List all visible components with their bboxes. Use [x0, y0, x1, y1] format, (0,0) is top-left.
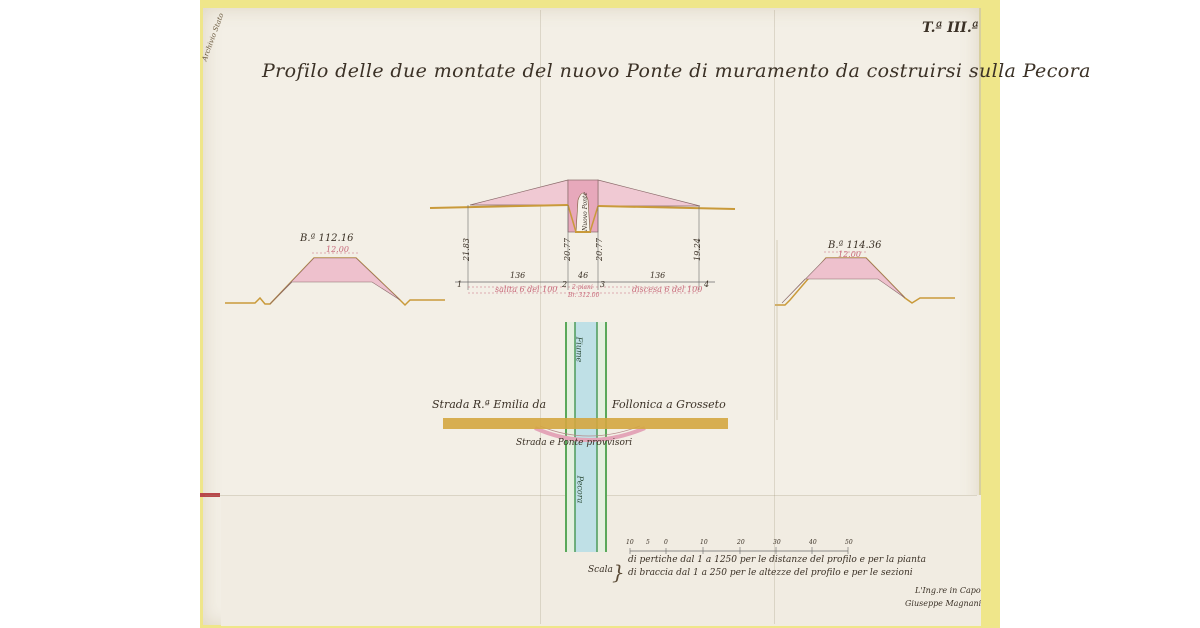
scale-line-1: di pertiche dal 1 a 1250 per le distanze… [628, 555, 926, 565]
road-label-right: Follonica a Grosseto [612, 398, 726, 411]
curve-label: Strada e Ponte provvisori [516, 438, 632, 448]
station-label: 2 [562, 280, 567, 289]
road-emilia [443, 418, 728, 429]
cross-section-left [225, 253, 445, 305]
station-label: 4 [704, 280, 709, 289]
road-label-left: Strada R.ª Emilia da [432, 398, 546, 411]
slope-left: salita 6 del 100 [495, 285, 557, 294]
segment-length: 136 [510, 271, 525, 280]
slope-right: discesa 6 del 100 [632, 285, 702, 294]
scale-bar [630, 547, 848, 554]
station-label: 3 [600, 280, 605, 289]
river-label-lower: Pecora [575, 476, 584, 504]
section-left-label: B.ª 112.16 [300, 233, 353, 244]
scale-tick: 0 [664, 539, 668, 546]
scale-tick: 20 [737, 539, 745, 546]
center-note: 2 piani [572, 284, 593, 291]
height-value: 21.83 [462, 238, 471, 261]
section-right-width: 12.00 [838, 250, 861, 259]
scale-tick: 50 [845, 539, 853, 546]
river-label-upper: Fiume [574, 337, 583, 363]
scale-tick: 30 [773, 539, 781, 546]
segment-length: 136 [650, 271, 665, 280]
scale-tick: 5 [646, 539, 650, 546]
drawing-graphics [0, 0, 1200, 628]
signature-name: Giuseppe Magnani [905, 599, 981, 608]
scale-tick: 10 [700, 539, 708, 546]
scale-label: Scala [588, 565, 613, 575]
section-left-width: 12.00 [326, 245, 349, 254]
bridge-label: Nuovo Ponte [582, 192, 589, 231]
cross-section-right [775, 240, 955, 420]
center-distance: Br. 312.00 [568, 292, 599, 299]
scale-tick: 10 [626, 539, 634, 546]
height-value: 19.24 [693, 238, 702, 261]
height-value: 20.77 [595, 238, 604, 261]
segment-length: 46 [578, 271, 588, 280]
signature-title: L'Ing.re in Capo [915, 586, 981, 595]
station-label: 1 [457, 280, 462, 289]
height-value: 20.77 [563, 238, 572, 261]
scale-line-2: di braccia dal 1 a 250 per le altezze de… [628, 568, 913, 578]
scale-brace: } [612, 560, 625, 584]
scale-tick: 40 [809, 539, 817, 546]
